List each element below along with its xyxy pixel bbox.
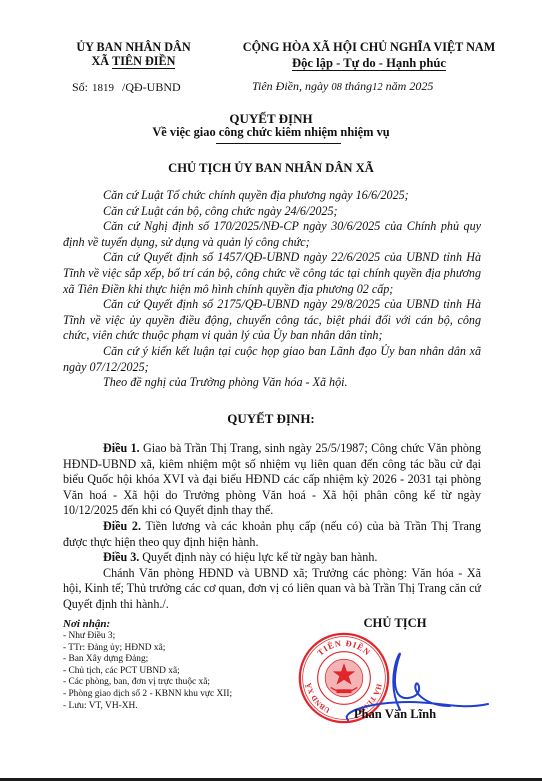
agency-name: TIÊN ĐIỀN: [112, 55, 175, 69]
date-day: 08: [331, 82, 342, 93]
execution-clause: Chánh Văn phòng HĐND và UBND xã; Trưởng …: [63, 566, 481, 613]
ground-item: Theo đề nghị của Trưởng phòng Văn hóa - …: [63, 375, 481, 391]
recipients-heading: Nơi nhận:: [63, 618, 232, 631]
number-value: 1819: [92, 82, 114, 94]
recipient-item: - Lưu: VT, VH-XH.: [63, 701, 232, 713]
ground-item: Căn cứ Luật cán bộ, công chức ngày 24/6/…: [63, 204, 481, 220]
recipient-item: - Phòng giao dịch số 2 - KBNN khu vực XI…: [63, 689, 232, 701]
issuing-agency: ỦY BAN NHÂN DÂN XÃ TIÊN ĐIỀN: [56, 40, 211, 69]
document-page: ỦY BAN NHÂN DÂN XÃ TIÊN ĐIỀN Số:1819/QĐ-…: [0, 0, 542, 779]
national-header: CỘNG HÒA XÃ HỘI CHỦ NGHĨA VIỆT NAM Độc l…: [224, 40, 514, 72]
recipient-item: - Chủ tịch, các PCT UBND xã;: [63, 666, 232, 678]
article-3: Điều 3. Quyết định này có hiệu lực kể từ…: [63, 550, 481, 566]
recipient-item: - Các phòng, ban, đơn vị trực thuộc xã;: [63, 677, 232, 689]
article-1: Điều 1. Giao bà Trần Thị Trang, sinh ngà…: [63, 441, 481, 519]
agency-line-2: XÃ TIÊN ĐIỀN: [56, 54, 211, 69]
decision-heading: QUYẾT ĐỊNH:: [0, 411, 542, 427]
country-name: CỘNG HÒA XÃ HỘI CHỦ NGHĨA VIỆT NAM: [224, 40, 514, 54]
ground-item: Căn cứ ý kiến kết luận tại cuộc họp giao…: [63, 344, 481, 375]
recipient-item: - TTr: Đảng ủy; HĐND xã;: [63, 643, 232, 655]
ground-item: Căn cứ Quyết định số 2175/QĐ-UBND ngày 2…: [63, 297, 481, 344]
ground-item: Căn cứ Nghị định số 170/2025/NĐ-CP ngày …: [63, 219, 481, 250]
document-number: Số:1819/QĐ-UBND: [72, 80, 181, 95]
agency-line-1: ỦY BAN NHÂN DÂN: [56, 40, 211, 54]
issuer-title: CHỦ TỊCH ỦY BAN NHÂN DÂN XÃ: [0, 161, 542, 176]
article-2: Điều 2. Tiền lương và các khoản phụ cấp …: [63, 519, 481, 550]
recipients: Nơi nhận: - Như Điều 3; - TTr: Đảng ủy; …: [63, 618, 232, 712]
signer-title: CHỦ TỊCH: [340, 616, 450, 631]
issue-date: Tiên Điền, ngày 08 tháng12 năm 2025: [252, 79, 433, 94]
ground-item: Căn cứ Quyết định số 1457/QĐ-UBND ngày 2…: [63, 250, 481, 297]
recipient-item: - Ban Xây dựng Đảng;: [63, 654, 232, 666]
subject-underline: [216, 143, 341, 144]
document-subject: Về việc giao công chức kiêm nhiệm nhiệm …: [0, 125, 542, 140]
recipient-item: - Như Điều 3;: [63, 631, 232, 643]
national-motto: Độc lập - Tự do - Hạnh phúc: [292, 56, 446, 71]
signer-name: Phan Văn Lĩnh: [340, 707, 450, 722]
date-month: 12: [372, 82, 383, 93]
articles: Điều 1. Giao bà Trần Thị Trang, sinh ngà…: [63, 441, 481, 613]
legal-grounds: Căn cứ Luật Tổ chức chính quyền địa phươ…: [63, 188, 481, 391]
ground-item: Căn cứ Luật Tổ chức chính quyền địa phươ…: [63, 188, 481, 204]
